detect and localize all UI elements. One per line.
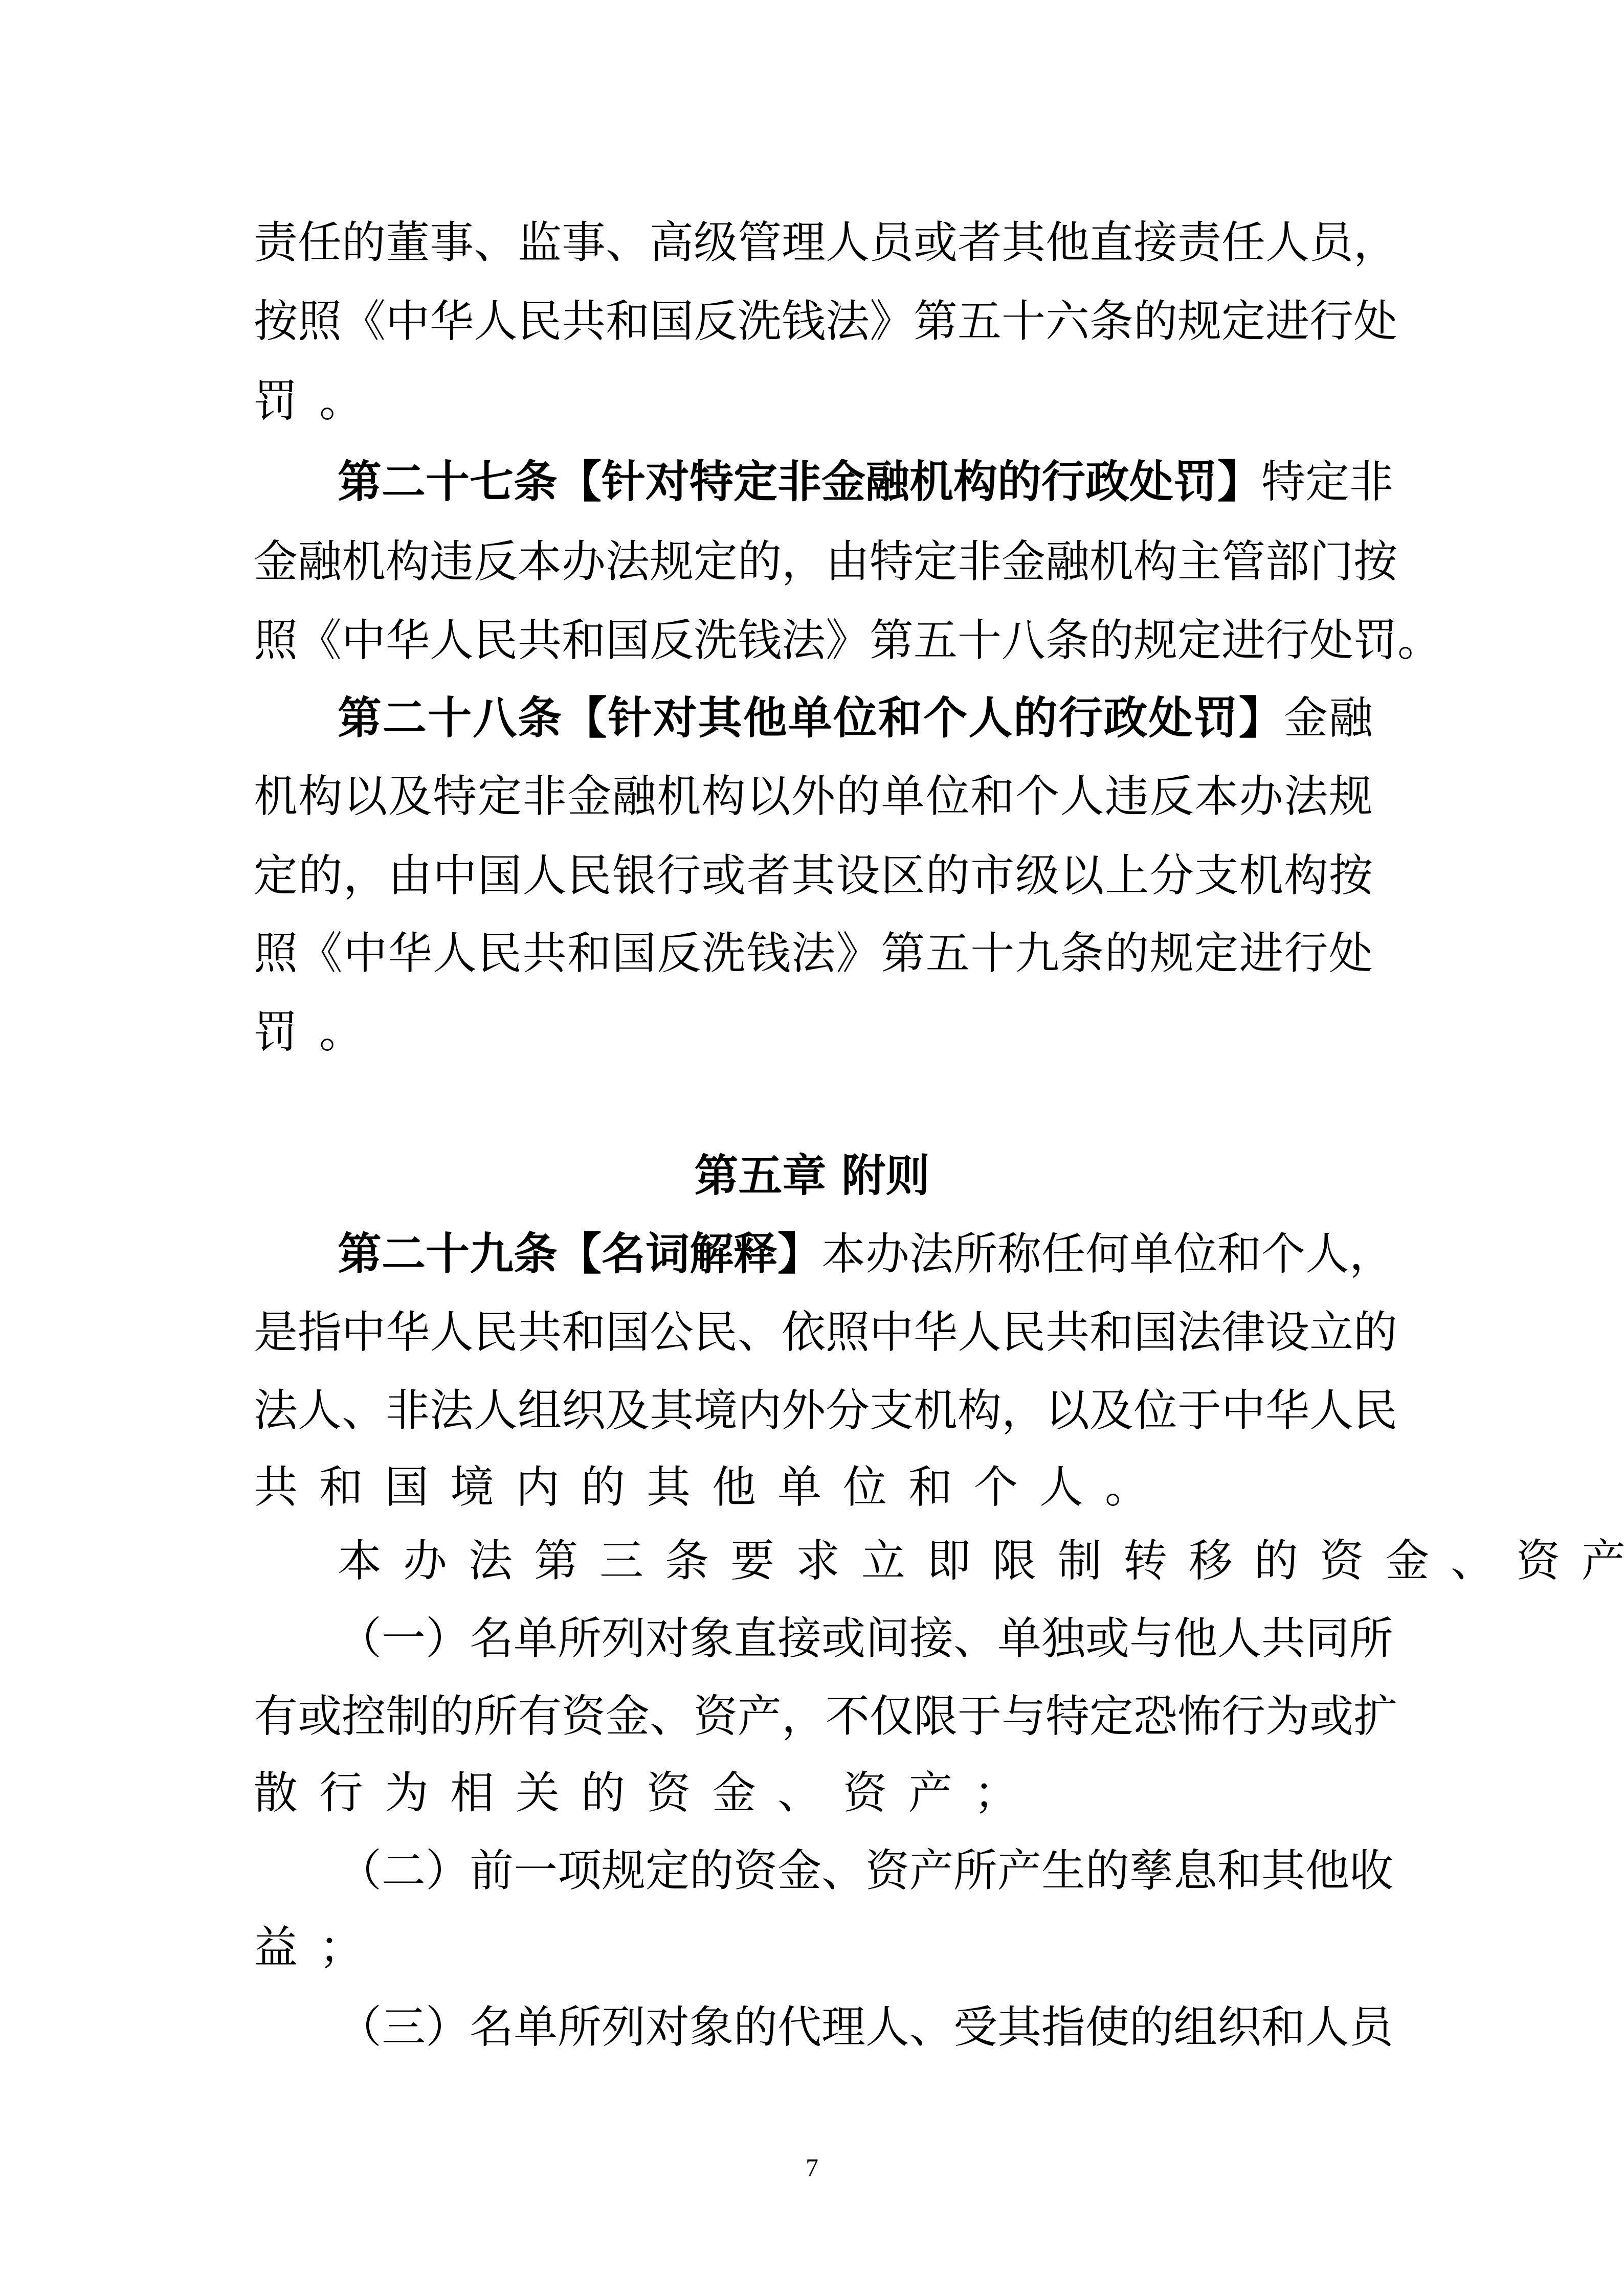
art28-line-1: 第二十八条【针对其他单位和个人的行政处罚】金融 [338,690,1373,747]
art29-line-4: 共和国境内的其他单位和个人。 [254,1459,1373,1516]
art26-line-1: 责任的董事、监事、高级管理人员或者其他直接责任人员， [254,215,1373,271]
art27-line-2: 金融机构违反本办法规定的，由特定非金融机构主管部门按 [254,534,1373,590]
item1-line-1: （一）名单所列对象直接或间接、单独或与他人共同所 [338,1611,1373,1667]
art29-line-2: 是指中华人民共和国公民、依照中华人民共和国法律设立的 [254,1304,1373,1361]
art29-line-3: 法人、非法人组织及其境内外分支机构，以及位于中华人民 [254,1383,1373,1439]
art29-para2: 本办法第三条要求立即限制转移的资金、资产包括： [338,1533,1373,1589]
art28-heading: 第二十八条【针对其他单位和个人的行政处罚】 [338,693,1284,744]
chapter-title: 第五章 附则 [0,1148,1624,1204]
art27-text-start: 特定非 [1261,457,1393,508]
art28-line-5: 罚。 [254,1004,1373,1061]
art29-text-start: 本办法所称任何单位和个人， [821,1229,1393,1280]
item1-line-3: 散行为相关的资金、资产； [254,1765,1373,1821]
art29-heading: 第二十九条【名词解释】 [338,1229,821,1280]
document-page: 责任的董事、监事、高级管理人员或者其他直接责任人员， 按照《中华人民共和国反洗钱… [0,0,1624,2296]
art28-line-4: 照《中华人民共和国反洗钱法》第五十九条的规定进行处 [254,926,1373,982]
item1-line-2: 有或控制的所有资金、资产，不仅限于与特定恐怖行为或扩 [254,1689,1373,1745]
art27-heading: 第二十七条【针对特定非金融机构的行政处罚】 [338,457,1261,508]
item3-line-1: （三）名单所列对象的代理人、受其指使的组织和人员 [338,1999,1373,2056]
item2-line-1: （二）前一项规定的资金、资产所产生的孳息和其他收 [338,1843,1373,1899]
page-number: 7 [0,2153,1624,2182]
art27-line-1: 第二十七条【针对特定非金融机构的行政处罚】特定非 [338,454,1373,510]
item2-line-2: 益； [254,1920,1373,1976]
art29-line-1: 第二十九条【名词解释】本办法所称任何单位和个人， [338,1226,1373,1282]
art28-line-2: 机构以及特定非金融机构以外的单位和个人违反本办法规 [254,769,1373,825]
art27-line-3: 照《中华人民共和国反洗钱法》第五十八条的规定进行处罚。 [254,613,1373,669]
art28-line-3: 定的，由中国人民银行或者其设区的市级以上分支机构按 [254,848,1373,904]
art26-line-3: 罚。 [254,373,1373,430]
art26-line-2: 按照《中华人民共和国反洗钱法》第五十六条的规定进行处 [254,294,1373,350]
art28-text-start: 金融 [1284,693,1373,744]
